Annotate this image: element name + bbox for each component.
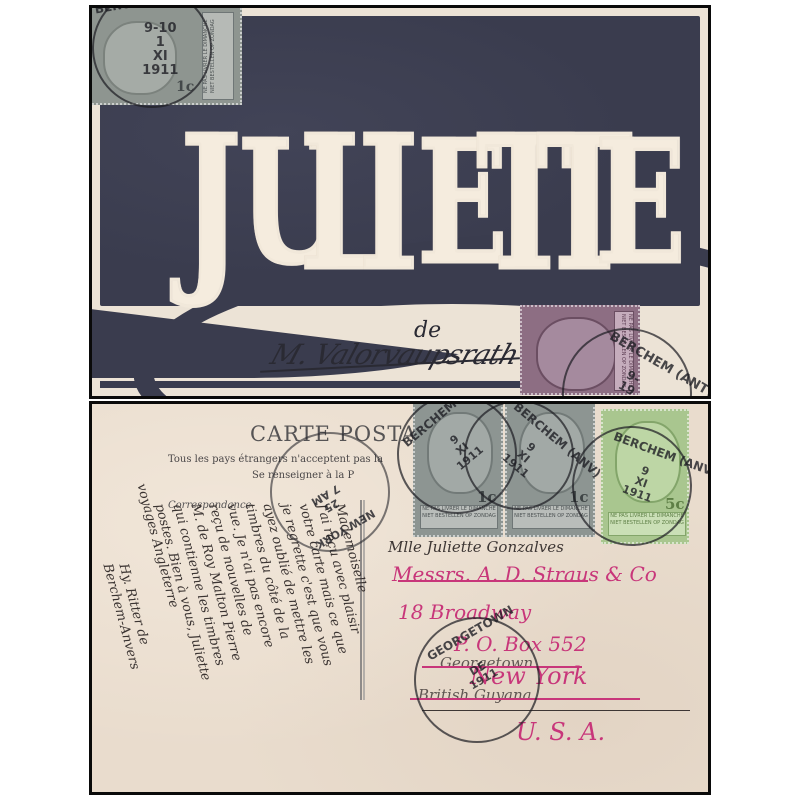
postmark-date: 9- 19	[616, 368, 643, 396]
postmark-date: 9XI1911	[500, 433, 547, 480]
title-letter: E	[417, 118, 456, 288]
strikethrough	[398, 580, 588, 582]
title-letter: L	[299, 118, 338, 288]
postmark-line: XI	[153, 49, 168, 64]
title-letter: T	[536, 118, 575, 288]
postmark-date: 9XI1911	[620, 461, 661, 505]
title-letter: I	[358, 118, 397, 288]
address-line-red: Messrs. A. D. Straus & Co	[392, 562, 657, 586]
recipient-name: Mlle Juliette Gonzalves	[388, 538, 564, 556]
decorative-bar	[100, 381, 570, 388]
title-letter: J	[180, 118, 219, 288]
postcard-front-frame: J U L I E T T E de M. Valorvaupsrath 1c …	[89, 5, 711, 399]
postmark-line: 1911	[142, 63, 178, 78]
postcard-front: J U L I E T T E de M. Valorvaupsrath 1c …	[92, 8, 708, 396]
postmark-place: BERCHEM (ANTW)	[94, 8, 216, 17]
title-letter: T	[477, 118, 516, 288]
postcard-back-frame: CARTE POSTALE Tous les pays étrangers n'…	[89, 401, 711, 795]
title-letter: U	[240, 118, 279, 288]
signature: M. Valorvaupsrath	[267, 338, 523, 371]
postmark-line: 1	[156, 35, 165, 50]
postcard-back: CARTE POSTALE Tous les pays étrangers n'…	[92, 404, 708, 792]
address-line-red: U. S. A.	[516, 718, 605, 746]
postmark-date: 9-10 1 XI 1911	[142, 22, 178, 78]
postmark-date: 257 AM	[309, 482, 348, 518]
title-letter: E	[595, 118, 634, 288]
postmark-line: 9-10	[144, 21, 177, 36]
tab-line: NIET BESTELLEN OP ZONDAG	[514, 513, 588, 519]
title-juliette: J U L I E T T E	[172, 88, 642, 288]
postmark-date: DE1911	[462, 656, 501, 692]
